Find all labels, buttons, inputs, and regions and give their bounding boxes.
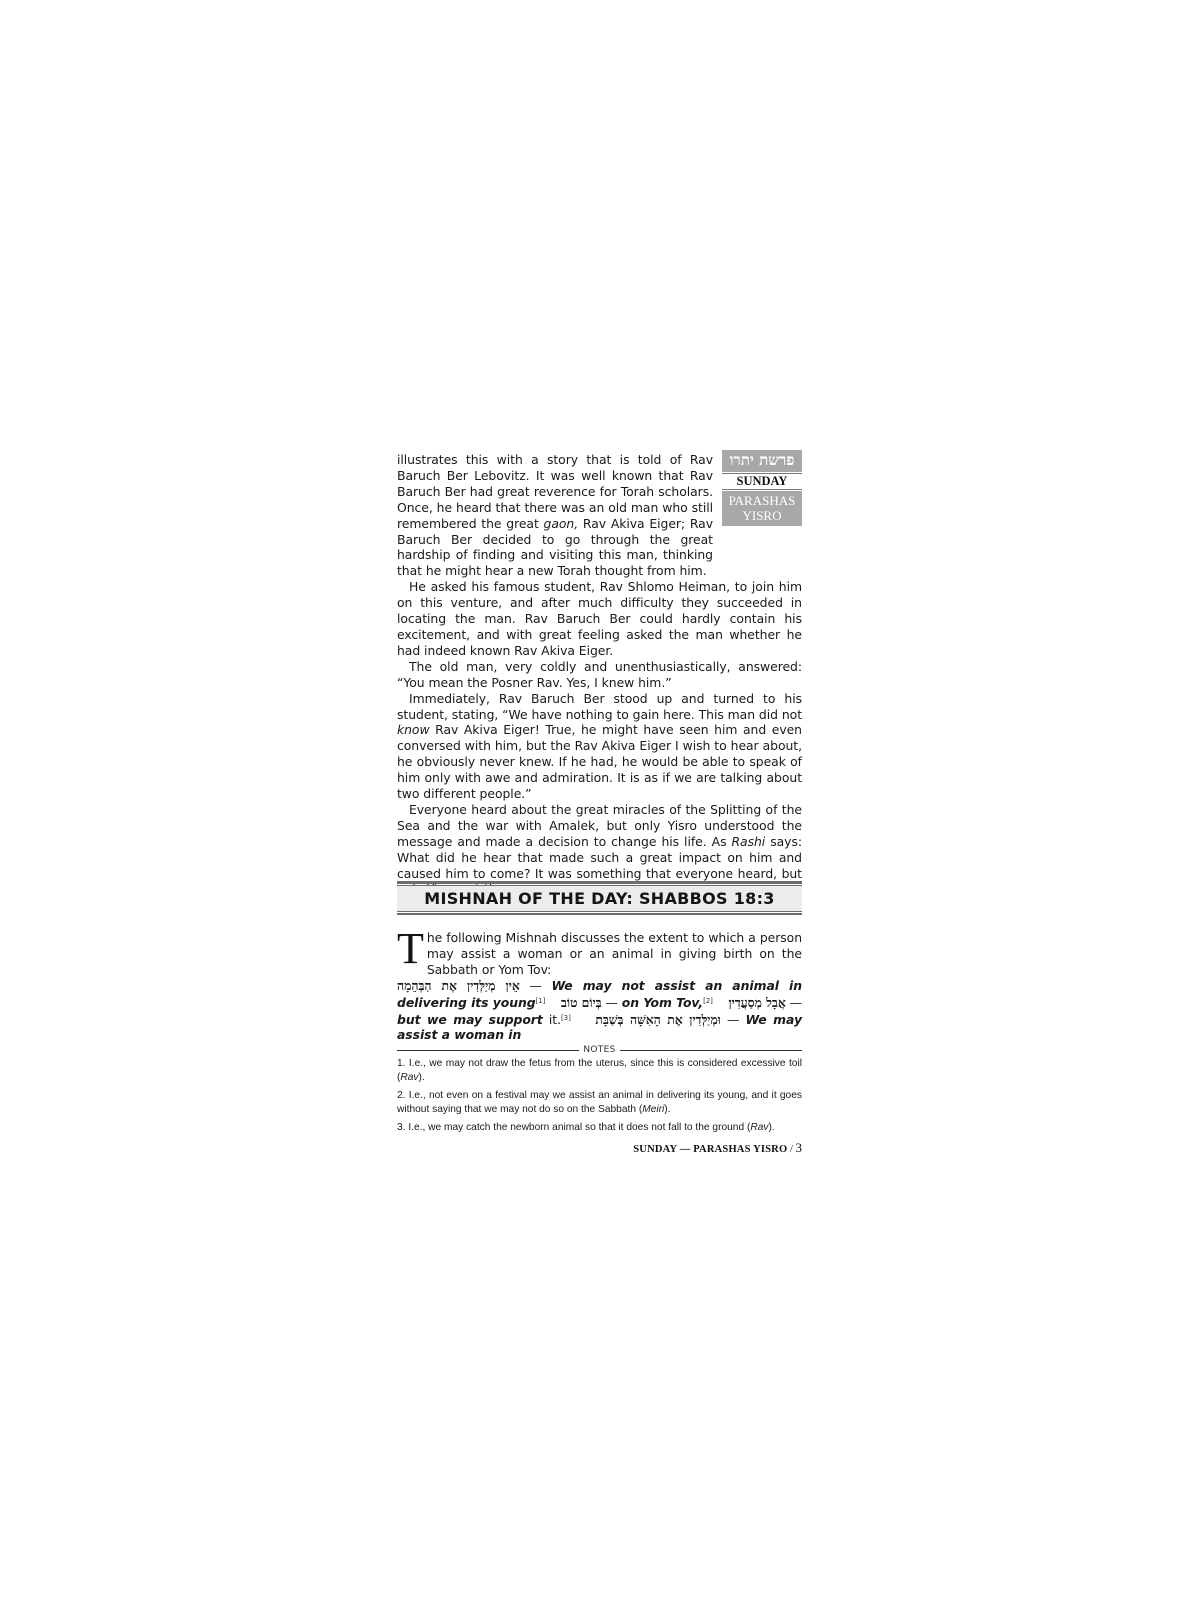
text-run: ). bbox=[664, 1104, 670, 1115]
header-rule-bottom bbox=[397, 913, 802, 915]
text-run: Immediately, Rav Baruch Ber stood up and… bbox=[397, 691, 802, 722]
header-rule-bottom-thin bbox=[397, 911, 802, 912]
page-number: 3 bbox=[796, 1140, 803, 1155]
parasha-line-2: YISRO bbox=[722, 508, 802, 523]
mishnah-title: MISHNAH OF THE DAY: SHABBOS 18:3 bbox=[397, 886, 802, 911]
page-footer: SUNDAY — PARASHAS YISRO / 3 bbox=[397, 1140, 802, 1156]
dash: — bbox=[786, 995, 802, 1010]
translation-3: but we may support bbox=[397, 1012, 543, 1027]
source-citation: Rav bbox=[750, 1122, 768, 1133]
story-paragraph-1: illustrates this with a story that is to… bbox=[397, 452, 713, 579]
note-ref-1[interactable]: [1] bbox=[536, 997, 546, 1005]
day-label: SUNDAY bbox=[722, 473, 802, 490]
story-section: פרשת יתרו SUNDAY PARASHAS YISRO illustra… bbox=[397, 452, 802, 897]
note-ref-3[interactable]: [3] bbox=[561, 1014, 571, 1022]
italic-term: Rashi bbox=[732, 834, 766, 849]
story-top-block: פרשת יתרו SUNDAY PARASHAS YISRO illustra… bbox=[397, 452, 802, 579]
text-run: Rav Akiva Eiger! True, he might have see… bbox=[397, 722, 802, 801]
note-3: 3. I.e., we may catch the newborn animal… bbox=[397, 1121, 802, 1134]
text-run: it. bbox=[543, 1012, 561, 1027]
dash: — bbox=[721, 1012, 746, 1027]
footer-separator: / bbox=[787, 1144, 795, 1155]
translation-2: on Yom Tov, bbox=[622, 995, 703, 1010]
text-run: ). bbox=[419, 1072, 425, 1083]
note-1: 1. I.e., we may not draw the fetus from … bbox=[397, 1057, 802, 1084]
dash: — bbox=[602, 995, 622, 1010]
parasha-label: PARASHAS YISRO bbox=[722, 491, 802, 526]
header-rule-top bbox=[397, 881, 802, 884]
note-ref-2[interactable]: [2] bbox=[703, 997, 713, 1005]
hebrew-phrase-1: אֵין מְיַלְּדִין אֶת הַבְּהֵמָה bbox=[397, 978, 520, 993]
text-run: 2. I.e., not even on a festival may we a… bbox=[397, 1090, 802, 1114]
mishnah-header: MISHNAH OF THE DAY: SHABBOS 18:3 bbox=[397, 881, 802, 915]
note-2: 2. I.e., not even on a festival may we a… bbox=[397, 1089, 802, 1116]
hebrew-phrase-2: בְּיוֹם טוֹב bbox=[561, 995, 602, 1010]
italic-term: know bbox=[397, 722, 430, 737]
mishnah-intro: The following Mishnah discusses the exte… bbox=[397, 930, 802, 978]
hebrew-phrase-3: אֲבָל מְסַעֲדִין bbox=[728, 995, 785, 1010]
italic-term: gaon, bbox=[544, 516, 579, 531]
notes-divider: NOTES bbox=[397, 1045, 802, 1055]
text-run: 1. I.e., we may not draw the fetus from … bbox=[397, 1058, 802, 1082]
divider-line bbox=[397, 1050, 579, 1051]
running-head: SUNDAY — PARASHAS YISRO bbox=[633, 1144, 787, 1155]
parasha-line-1: PARASHAS bbox=[722, 493, 802, 508]
mishnah-text: אֵין מְיַלְּדִין אֶת הַבְּהֵמָה — We may… bbox=[397, 978, 802, 1044]
hebrew-phrase-4: וּמְיַלְּדִין אֶת הָאִשָּׁה בְּשַׁבָּת bbox=[595, 1012, 720, 1027]
divider-line bbox=[620, 1050, 802, 1051]
text-run: 3. I.e., we may catch the newborn animal… bbox=[397, 1122, 750, 1133]
intro-text: he following Mishnah discusses the exten… bbox=[427, 930, 802, 977]
hebrew-parasha-title: פרשת יתרו bbox=[722, 450, 802, 472]
source-citation: Rav bbox=[400, 1072, 418, 1083]
story-paragraph-2: He asked his famous student, Rav Shlomo … bbox=[397, 579, 802, 659]
drop-cap: T bbox=[397, 932, 424, 966]
dash: — bbox=[520, 978, 552, 993]
source-citation: Meiri bbox=[642, 1104, 664, 1115]
parasha-sidebox: פרשת יתרו SUNDAY PARASHAS YISRO bbox=[722, 450, 802, 526]
story-paragraph-3: The old man, very coldly and unenthusias… bbox=[397, 659, 802, 691]
story-paragraph-4: Immediately, Rav Baruch Ber stood up and… bbox=[397, 691, 802, 802]
text-run: ). bbox=[769, 1122, 775, 1133]
mishnah-body: The following Mishnah discusses the exte… bbox=[397, 930, 802, 1139]
notes-label: NOTES bbox=[579, 1045, 619, 1055]
